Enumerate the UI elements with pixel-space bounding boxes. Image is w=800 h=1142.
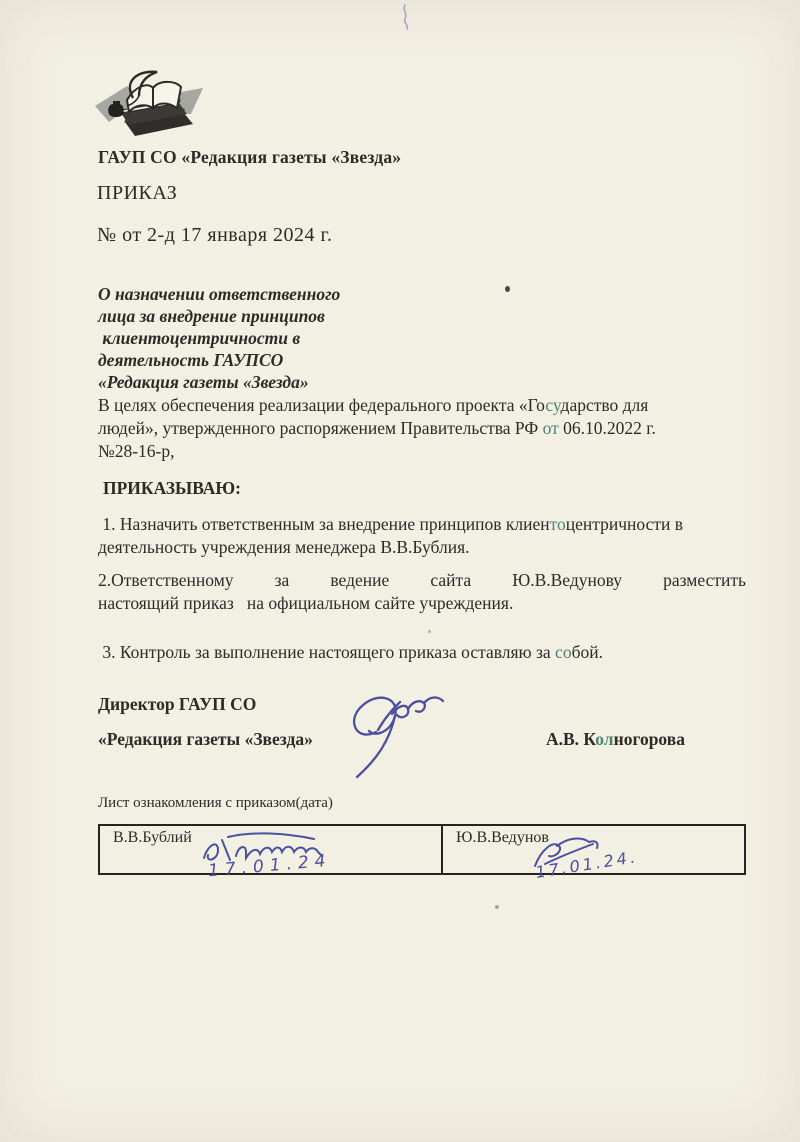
signer-post-line1: Директор ГАУП СО <box>98 693 256 716</box>
color-artifact-text: су <box>545 395 560 415</box>
color-artifact-text: то <box>550 514 566 534</box>
order-item-1: 1. Назначить ответственным за внедрение … <box>98 513 750 559</box>
signer-name: А.В. Колногорова <box>546 728 685 751</box>
subject-line: клиентоцентричности в <box>98 327 518 349</box>
color-artifact-text: ол <box>595 729 613 749</box>
subject-line: О назначении ответственного <box>98 283 518 305</box>
subject-line: деятельность ГАУПСО <box>98 349 518 371</box>
order-subject: О назначении ответственного лица за внед… <box>98 283 518 393</box>
doc-type-title: ПРИКАЗ <box>97 182 177 205</box>
scan-speck <box>495 905 499 909</box>
org-name: ГАУП СО «Редакция газеты «Звезда» <box>98 147 401 168</box>
color-artifact-text: со <box>555 642 572 662</box>
order-number-line: № от 2-д 17 января 2024 г. <box>97 224 333 247</box>
scanned-order-document: ГАУП СО «Редакция газеты «Звезда» ПРИКАЗ… <box>0 0 800 1142</box>
acknowledgement-table: В.В.Бублий Ю.В.Ведунов <box>98 824 746 875</box>
books-quill-inkwell-icon <box>93 68 205 146</box>
signer-post-line2: «Редакция газеты «Звезда» <box>98 728 313 751</box>
order-item-3: 3. Контроль за выполнение настоящего при… <box>98 641 750 664</box>
preamble-line: людей», утвержденного распоряжением Прав… <box>98 417 746 440</box>
order-item-2: 2.Ответственному за ведение сайта Ю.В.Ве… <box>98 569 746 615</box>
subject-line: «Редакция газеты «Звезда» <box>98 371 518 393</box>
subject-line: лица за внедрение принципов <box>98 305 518 327</box>
director-signature <box>342 686 452 781</box>
preamble-paragraph: В целях обеспечения реализации федеральн… <box>98 394 746 463</box>
table-row: В.В.Бублий Ю.В.Ведунов <box>99 825 745 874</box>
scan-speck <box>428 630 431 633</box>
newspaper-logo <box>93 68 205 146</box>
preamble-line: В целях обеспечения реализации федеральн… <box>98 394 746 417</box>
color-artifact-text: от <box>543 418 559 438</box>
order-verb: ПРИКАЗЫВАЮ: <box>103 477 241 500</box>
preamble-line: №28-16-р, <box>98 440 746 463</box>
acknowledgement-caption: Лист ознакомления с приказом(дата) <box>98 795 333 812</box>
justified-line: 2.Ответственному за ведение сайта Ю.В.Ве… <box>98 569 746 592</box>
stray-ink-mark <box>399 3 415 31</box>
ack-name: В.В.Бублий <box>113 829 192 846</box>
